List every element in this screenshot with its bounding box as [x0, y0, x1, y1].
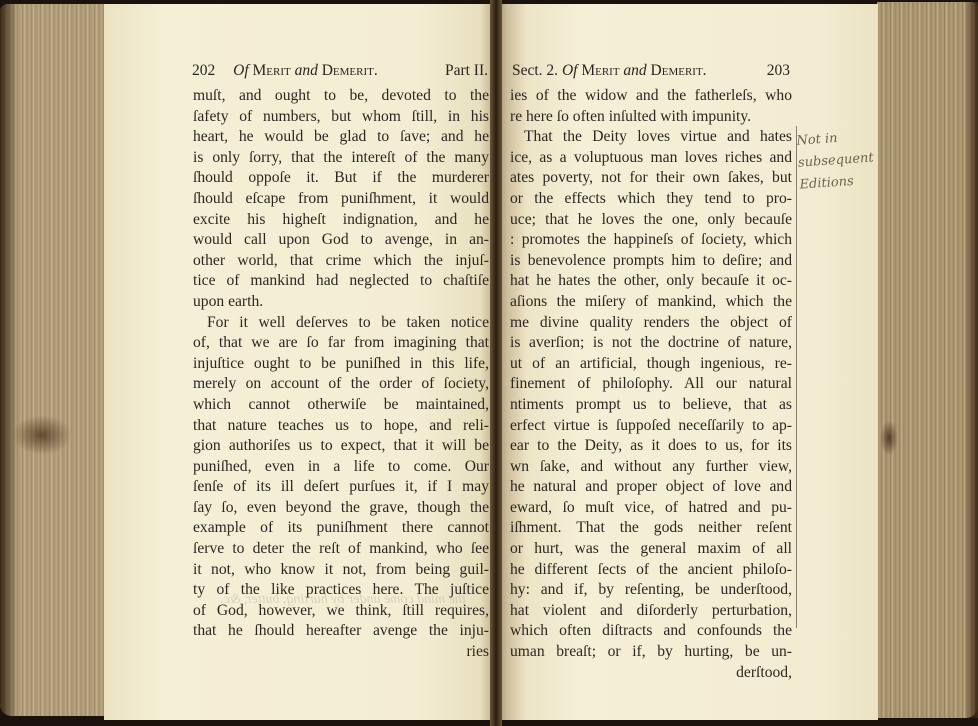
text-line: is benevolence prompts him to deſire; an…	[510, 251, 792, 272]
text-line: finement of philoſophy. All our natural	[510, 374, 792, 395]
head-part: Part II.	[445, 62, 488, 80]
text-line: re here ſo often inſulted with impunity.	[510, 107, 792, 128]
text-line: that nature teaches us to hope, and reli…	[193, 416, 489, 437]
text-line: merely on account of the order of ſociet…	[193, 374, 489, 395]
text-line: puniſhed, even in a life to come. Our	[193, 457, 489, 478]
text-line: injuſtice ought to be puniſhed in this l…	[193, 354, 489, 375]
text-line: iſhment. That the gods neither reſent	[510, 518, 792, 539]
head-merit: Merit	[581, 62, 619, 79]
text-line: ſay ſo, even beyond the grave, though th…	[193, 498, 489, 519]
text-line: or hurt, was the general maxim of all	[510, 539, 792, 560]
edge-stain	[12, 415, 72, 455]
left-page-text: muſt, and ought to be, devoted to the ſa…	[193, 86, 489, 663]
text-line: of, that we are ſo far from imagining th…	[193, 333, 489, 354]
text-line: he different ſects of the ancient philoſ…	[510, 560, 792, 581]
right-page-text: ies of the widow and the fatherleſs, who…	[510, 86, 792, 683]
text-line: aſions the miſery of mankind, which the	[510, 292, 792, 313]
text-line: tice of mankind had neglected to chaſtiſ…	[193, 271, 489, 292]
text-line: heart, he would be glad to ſave; and he	[193, 127, 489, 148]
text-line: : promotes the happineſs of ſociety, whi…	[510, 230, 792, 251]
edge-stain	[880, 420, 898, 456]
right-page-edges	[877, 2, 978, 718]
head-demerit: Demerit.	[322, 62, 378, 79]
text-line: gion authoriſes us to expect, that it wi…	[193, 436, 489, 457]
book-gutter	[490, 0, 502, 726]
right-running-head: Sect. 2. Of Merit and Demerit. 203	[512, 62, 790, 80]
text-line: That the Deity loves virtue and hates	[510, 127, 792, 148]
text-line: that he ſhould hereafter avenge the inju…	[193, 621, 489, 642]
bleed-through-text: the mind come under by hurting, butter, …	[220, 592, 466, 608]
page-number-left: 202	[192, 62, 215, 79]
text-line: or the effects which they tend to pro-	[510, 189, 792, 210]
head-sect: Sect. 2.	[512, 62, 558, 79]
catchword: ries	[193, 642, 489, 663]
catchword: derſtood,	[510, 663, 792, 684]
text-line: hat violent and diſorderly perturbation,	[510, 601, 792, 622]
text-line: hy: and if, by reſenting, be underſtood,	[510, 580, 792, 601]
text-line: other world, that crime which the injuſ-	[193, 251, 489, 272]
text-line: which cannot otherwiſe be maintained,	[193, 395, 489, 416]
text-line: ut of an artificial, though ingenious, r…	[510, 354, 792, 375]
text-line: me divine quality renders the object of	[510, 313, 792, 334]
pencil-margin-line	[792, 126, 797, 628]
text-line: it not, who know it not, from being guil…	[193, 560, 489, 581]
head-of: Of	[233, 62, 249, 79]
text-line: example of its puniſhment there cannot	[193, 518, 489, 539]
text-line: ſerve to deter the reſt of mankind, who …	[193, 539, 489, 560]
text-line: erfect virtue is ſuppoſed neceſſarily to…	[510, 416, 792, 437]
text-line: excite his higheſt indignation, and he	[193, 210, 489, 231]
text-line: ear to the Deity, as it does to us, for …	[510, 436, 792, 457]
text-line: he natural and proper object of love and	[510, 477, 792, 498]
left-running-head: 202 Of Merit and Demerit. Part II.	[192, 62, 488, 80]
text-line: For it well deſerves to be taken notice	[193, 313, 489, 334]
text-line: muſt, and ought to be, devoted to the	[193, 86, 489, 107]
text-line: ies of the widow and the fatherleſs, who	[510, 86, 792, 107]
text-line: upon earth.	[193, 292, 489, 313]
text-line: ſhould oppoſe it. But if the murderer	[193, 168, 489, 189]
text-line: ice, as a voluptuous man loves riches an…	[510, 148, 792, 169]
text-line: uman breaſt; or if, by hurting, be un-	[510, 642, 792, 663]
text-line: ſenſe of its ill deſert purſues it, if I…	[193, 477, 489, 498]
text-line: ſhould eſcape from puniſhment, it would	[193, 189, 489, 210]
left-page-edges	[0, 4, 106, 716]
text-line: is only ſorry, that the intereſt of the …	[193, 148, 489, 169]
head-and: and	[623, 62, 646, 79]
text-line: ntiments prompt us to believe, that as	[510, 395, 792, 416]
page-number-right: 203	[767, 62, 790, 80]
text-line: ates poverty, not for their own ſakes, b…	[510, 168, 792, 189]
head-and: and	[295, 62, 318, 79]
text-line: hat he hates the other, only becauſe it …	[510, 271, 792, 292]
text-line: would call upon God to avenge, in an-	[193, 230, 489, 251]
text-line: uce; that he loves the one, only becauſe	[510, 210, 792, 231]
head-merit: Merit	[253, 62, 291, 79]
text-line: eward, ſo muſt vice, of hatred and pu-	[510, 498, 792, 519]
head-of: Of	[562, 62, 578, 79]
handwritten-margin-note: Not in subsequent Editions	[796, 125, 878, 196]
head-demerit: Demerit.	[651, 62, 707, 79]
text-line: is averſion; is not the doctrine of natu…	[510, 333, 792, 354]
text-line: ſafety of numbers, but whom ſtill, in hi…	[193, 107, 489, 128]
text-line: wn ſake, and without any further view,	[510, 457, 792, 478]
text-line: which often diſtracts and confounds the	[510, 621, 792, 642]
